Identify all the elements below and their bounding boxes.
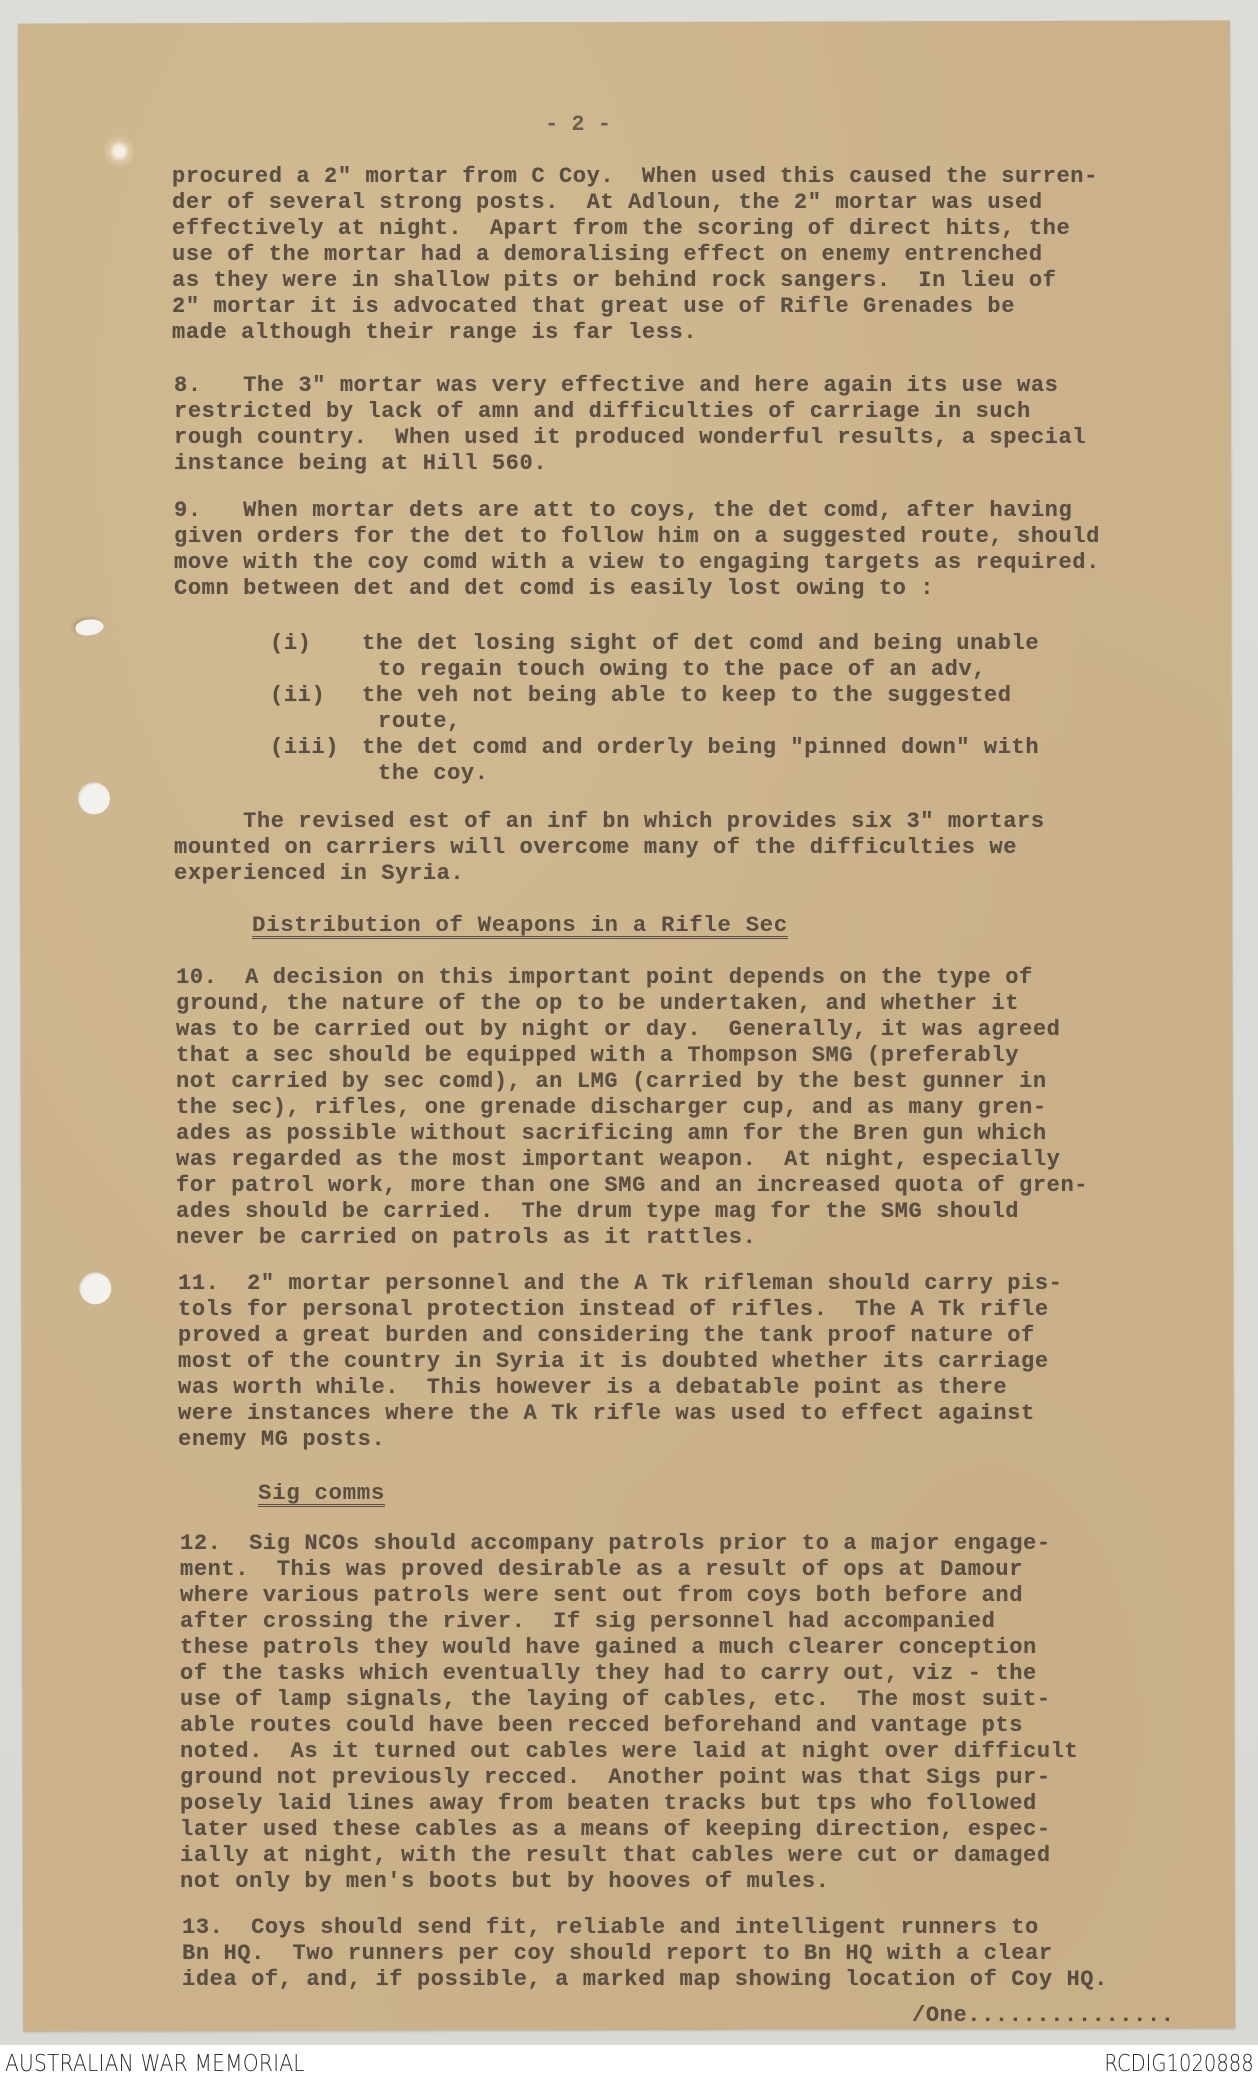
paper-blemish: [104, 131, 134, 171]
text-line: route,: [378, 708, 461, 734]
text-line: the coy.: [378, 760, 489, 786]
text-line: use of lamp signals, the laying of cable…: [180, 1686, 1051, 1712]
text-line: The revised est of an inf bn which provi…: [174, 808, 1045, 834]
text-line: not carried by sec comd), an LMG (carrie…: [176, 1068, 1047, 1094]
text-line: use of the mortar had a demoralising eff…: [172, 241, 1043, 267]
list-marker: (ii): [270, 682, 325, 708]
page-number: - 2 -: [545, 112, 611, 137]
text-line: rough country. When used it produced won…: [174, 424, 1086, 450]
text-line: effectively at night. Apart from the sco…: [172, 215, 1070, 241]
text-line: never be carried on patrols as it rattle…: [176, 1224, 756, 1250]
text-line: for patrol work, more than one SMG and a…: [176, 1172, 1088, 1198]
text-line: was to be carried out by night or day. G…: [176, 1016, 1060, 1042]
text-line: experienced in Syria.: [174, 860, 464, 886]
text-line: these patrols they would have gained a m…: [180, 1634, 1037, 1660]
text-line: 11. 2" mortar personnel and the A Tk rif…: [178, 1270, 1062, 1296]
catchword: /One...............: [912, 2002, 1175, 2028]
institution-name: AUSTRALIAN WAR MEMORIAL: [5, 2051, 305, 2077]
text-line: tols for personal protection instead of …: [178, 1296, 1049, 1322]
text-line: were instances where the A Tk rifle was …: [178, 1400, 1035, 1426]
text-line: instance being at Hill 560.: [174, 450, 547, 476]
text-line: as they were in shallow pits or behind r…: [172, 267, 1056, 293]
text-line: most of the country in Syria it is doubt…: [178, 1348, 1049, 1374]
text-line: enemy MG posts.: [178, 1426, 385, 1452]
text-line: the det losing sight of det comd and bei…: [362, 630, 1039, 656]
text-line: ground not previously recced. Another po…: [180, 1764, 1051, 1790]
text-line: the det comd and orderly being "pinned d…: [362, 734, 1039, 760]
text-line: Bn HQ. Two runners per coy should report…: [182, 1940, 1053, 1966]
text-line: not only by men's boots but by hooves of…: [180, 1868, 830, 1894]
text-line: der of several strong posts. At Adloun, …: [172, 189, 1043, 215]
text-line: noted. As it turned out cables were laid…: [180, 1738, 1078, 1764]
text-line: ment. This was proved desirable as a res…: [180, 1556, 1023, 1582]
text-line: the sec), rifles, one grenade discharger…: [176, 1094, 1047, 1120]
text-line: idea of, and, if possible, a marked map …: [182, 1966, 1108, 1992]
text-line: able routes could have been recced befor…: [180, 1712, 1023, 1738]
text-line: ades should be carried. The drum type ma…: [176, 1198, 1019, 1224]
text-line: made although their range is far less.: [172, 319, 697, 345]
text-line: after crossing the river. If sig personn…: [180, 1608, 995, 1634]
text-line: proved a great burden and considering th…: [178, 1322, 1035, 1348]
text-line: to regain touch owing to the pace of an …: [378, 656, 986, 682]
text-line: 13. Coys should send fit, reliable and i…: [182, 1914, 1039, 1940]
record-id: RCDIG1020888: [1105, 2051, 1254, 2077]
torn-punch-hole: [74, 617, 105, 639]
text-line: 8. The 3" mortar was very effective and …: [174, 372, 1058, 398]
text-line: of the tasks which eventually they had t…: [180, 1660, 1037, 1686]
section-heading-weapons: Distribution of Weapons in a Rifle Sec: [252, 912, 788, 938]
text-line: later used these cables as a means of ke…: [180, 1816, 1051, 1842]
text-line: 2" mortar it is advocated that great use…: [172, 293, 1015, 319]
section-heading-sig-comms: Sig comms: [258, 1480, 385, 1506]
text-line: ades as possible without sacrificing amn…: [176, 1120, 1047, 1146]
punch-hole-lower: [79, 1272, 111, 1304]
text-line: the veh not being able to keep to the su…: [362, 682, 1012, 708]
text-line: Comn between det and det comd is easily …: [174, 575, 934, 601]
text-line: was regarded as the most important weapo…: [176, 1146, 1060, 1172]
text-line: ially at night, with the result that cab…: [180, 1842, 1051, 1868]
text-line: move with the coy comd with a view to en…: [174, 549, 1100, 575]
punch-hole-upper: [78, 782, 110, 814]
text-line: was worth while. This however is a debat…: [178, 1374, 1007, 1400]
text-line: procured a 2" mortar from C Coy. When us…: [172, 163, 1098, 189]
list-marker: (iii): [270, 734, 339, 760]
list-marker: (i): [270, 630, 311, 656]
text-line: 10. A decision on this important point d…: [176, 964, 1033, 990]
text-line: where various patrols were sent out from…: [180, 1582, 1023, 1608]
text-line: 12. Sig NCOs should accompany patrols pr…: [180, 1530, 1051, 1556]
text-line: restricted by lack of amn and difficulti…: [174, 398, 1031, 424]
text-line: given orders for the det to follow him o…: [174, 523, 1100, 549]
text-line: that a sec should be equipped with a Tho…: [176, 1042, 1019, 1068]
text-line: mounted on carriers will overcome many o…: [174, 834, 1017, 860]
text-line: 9. When mortar dets are att to coys, the…: [174, 497, 1072, 523]
text-line: posely laid lines away from beaten track…: [180, 1790, 1037, 1816]
text-line: ground, the nature of the op to be under…: [176, 990, 1019, 1016]
archive-footer: AUSTRALIAN WAR MEMORIAL RCDIG1020888: [0, 2045, 1258, 2081]
